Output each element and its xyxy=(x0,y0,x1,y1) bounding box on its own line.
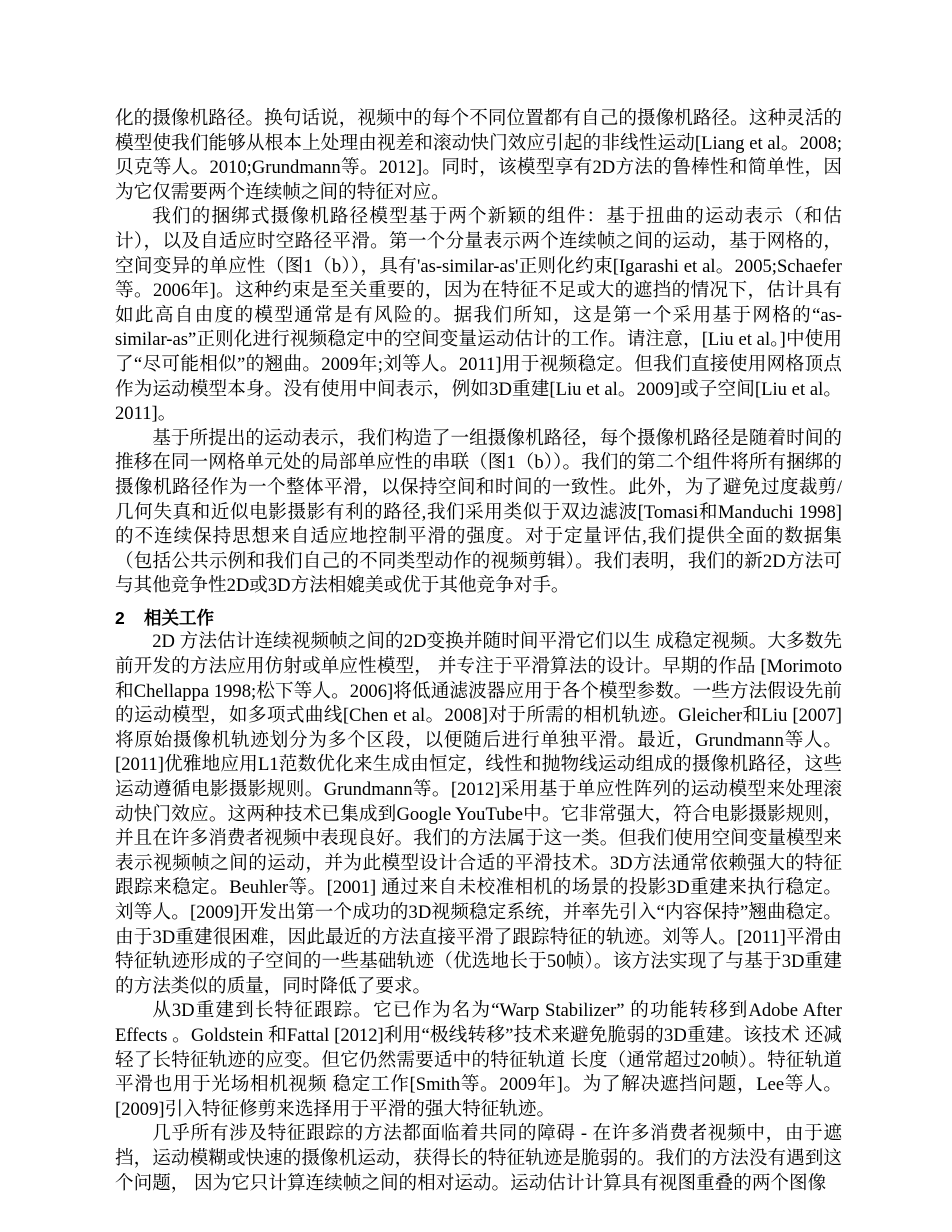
document-page: 化的摄像机路径。换句话说，视频中的每个不同位置都有自己的摄像机路径。这种灵活的模… xyxy=(0,0,952,1232)
paragraph-motion-representation: 基于所提出的运动表示，我们构造了一组摄像机路径，每个摄像机路径是随着时间的推移在… xyxy=(115,427,842,599)
paragraph-feature-tracking-obstacle: 几乎所有涉及特征跟踪的方法都面临着共同的障碍 - 在许多消费者视频中，由于遮挡，… xyxy=(115,1122,842,1196)
paragraph-3d-reconstruction-tracking: 从3D重建到长特征跟踪。它已作为名为“Warp Stabilizer” 的功能转… xyxy=(115,999,842,1122)
page-text-column: 化的摄像机路径。换句话说，视频中的每个不同位置都有自己的摄像机路径。这种灵活的模… xyxy=(115,107,842,1196)
section-title: 相关工作 xyxy=(144,608,214,628)
paragraph-2d-methods: 2D 方法估计连续视频帧之间的2D变换并随时间平滑它们以生 成稳定视频。大多数先… xyxy=(115,630,842,999)
paragraph-continued-from-previous-page: 化的摄像机路径。换句话说，视频中的每个不同位置都有自己的摄像机路径。这种灵活的模… xyxy=(115,107,842,205)
section-heading-related-work: 2相关工作 xyxy=(115,606,842,631)
paragraph-bundled-paths-model: 我们的捆绑式摄像机路径模型基于两个新颖的组件：基于扭曲的运动表示（和估计），以及… xyxy=(115,205,842,426)
section-number: 2 xyxy=(115,606,125,631)
